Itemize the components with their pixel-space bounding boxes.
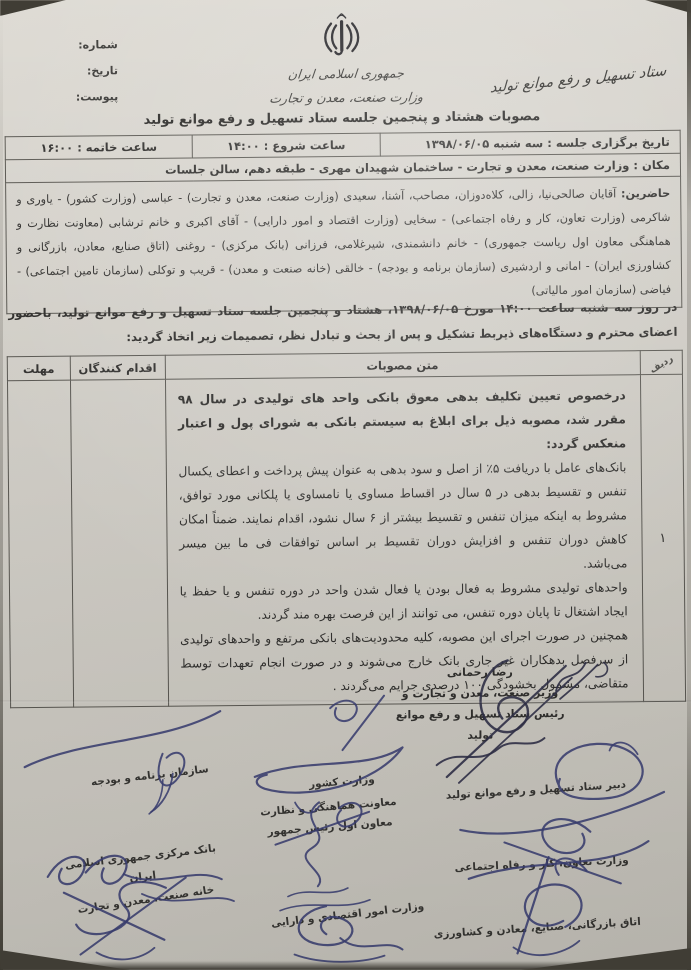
actors-cell [70, 379, 168, 707]
signature-industry-house [36, 869, 237, 970]
meeting-date: تاریخ برگزاری جلسه : سه شنبه ۱۳۹۸/۰۶/۰۵ [380, 130, 680, 156]
iran-emblem-icon [318, 8, 365, 62]
number-label: شماره: [32, 32, 118, 59]
signature-budget-organization [12, 701, 233, 823]
intro-paragraph: در روز سه شنبه ساعت ۱۴:۰۰ مورخ ۱۳۹۸/۰۶/۰… [8, 295, 677, 351]
resolution-paragraph: درخصوص تعیین تکلیف بدهی معوق بانکی واحد … [178, 383, 627, 459]
meeting-end-time: ساعت خاتمه : ۱۶:۰۰ [5, 135, 192, 160]
scan-edge-left [0, 0, 3, 970]
meeting-start-time: ساعت شروع : ۱۴:۰۰ [192, 133, 380, 158]
header-actors: اقدام کنندگان [70, 355, 165, 380]
signature-economy-ministry [260, 879, 431, 969]
country-name: جمهوری اسلامی ایران [240, 65, 451, 82]
signature-chamber-of-commerce [452, 842, 633, 966]
meeting-info-table: تاریخ برگزاری جلسه : سه شنبه ۱۳۹۸/۰۶/۰۵ … [5, 130, 683, 314]
document-title: مصوبات هشتاد و پنجمین جلسه ستاد تسهیل و … [0, 108, 688, 130]
letterhead-meta: شماره: تاریخ: پیوست: [32, 32, 119, 111]
attachment-label: پیوست: [32, 84, 118, 111]
attendees-label: حاضرین: [621, 187, 670, 200]
attendees-list: آقایان صالحی‌نیا، زالی، کلاه‌دوزان، مصاح… [16, 187, 671, 297]
scan-edge-right [687, 0, 691, 970]
resolution-number: ۱ [640, 374, 686, 701]
header-deadline: مهلت [7, 356, 70, 381]
headquarters-calligraphy: ستاد تسهیل و رفع موانع تولید [483, 62, 673, 97]
header-row-number: ردیف [640, 350, 683, 374]
document-content: شماره: تاریخ: پیوست: جمهوری اسلامی ایران [0, 0, 691, 970]
resolution-paragraph: بانک‌های عامل با دریافت ۵٪ از اصل و سود … [178, 455, 627, 579]
attendees-cell: حاضرین: آقایان صالحی‌نیا، زالی، کلاه‌دوز… [6, 176, 682, 313]
date-label: تاریخ: [32, 58, 118, 85]
handwritten-note [542, 652, 632, 705]
resolution-paragraph: واحدهای تولیدی مشروط به فعال بودن یا فعا… [180, 575, 628, 627]
document-scan: شماره: تاریخ: پیوست: جمهوری اسلامی ایران [0, 0, 691, 970]
ministry-name: وزارت صنعت، معدن و تجارت [241, 89, 452, 106]
paper-crease [0, 700, 691, 703]
deadline-cell [7, 380, 73, 708]
